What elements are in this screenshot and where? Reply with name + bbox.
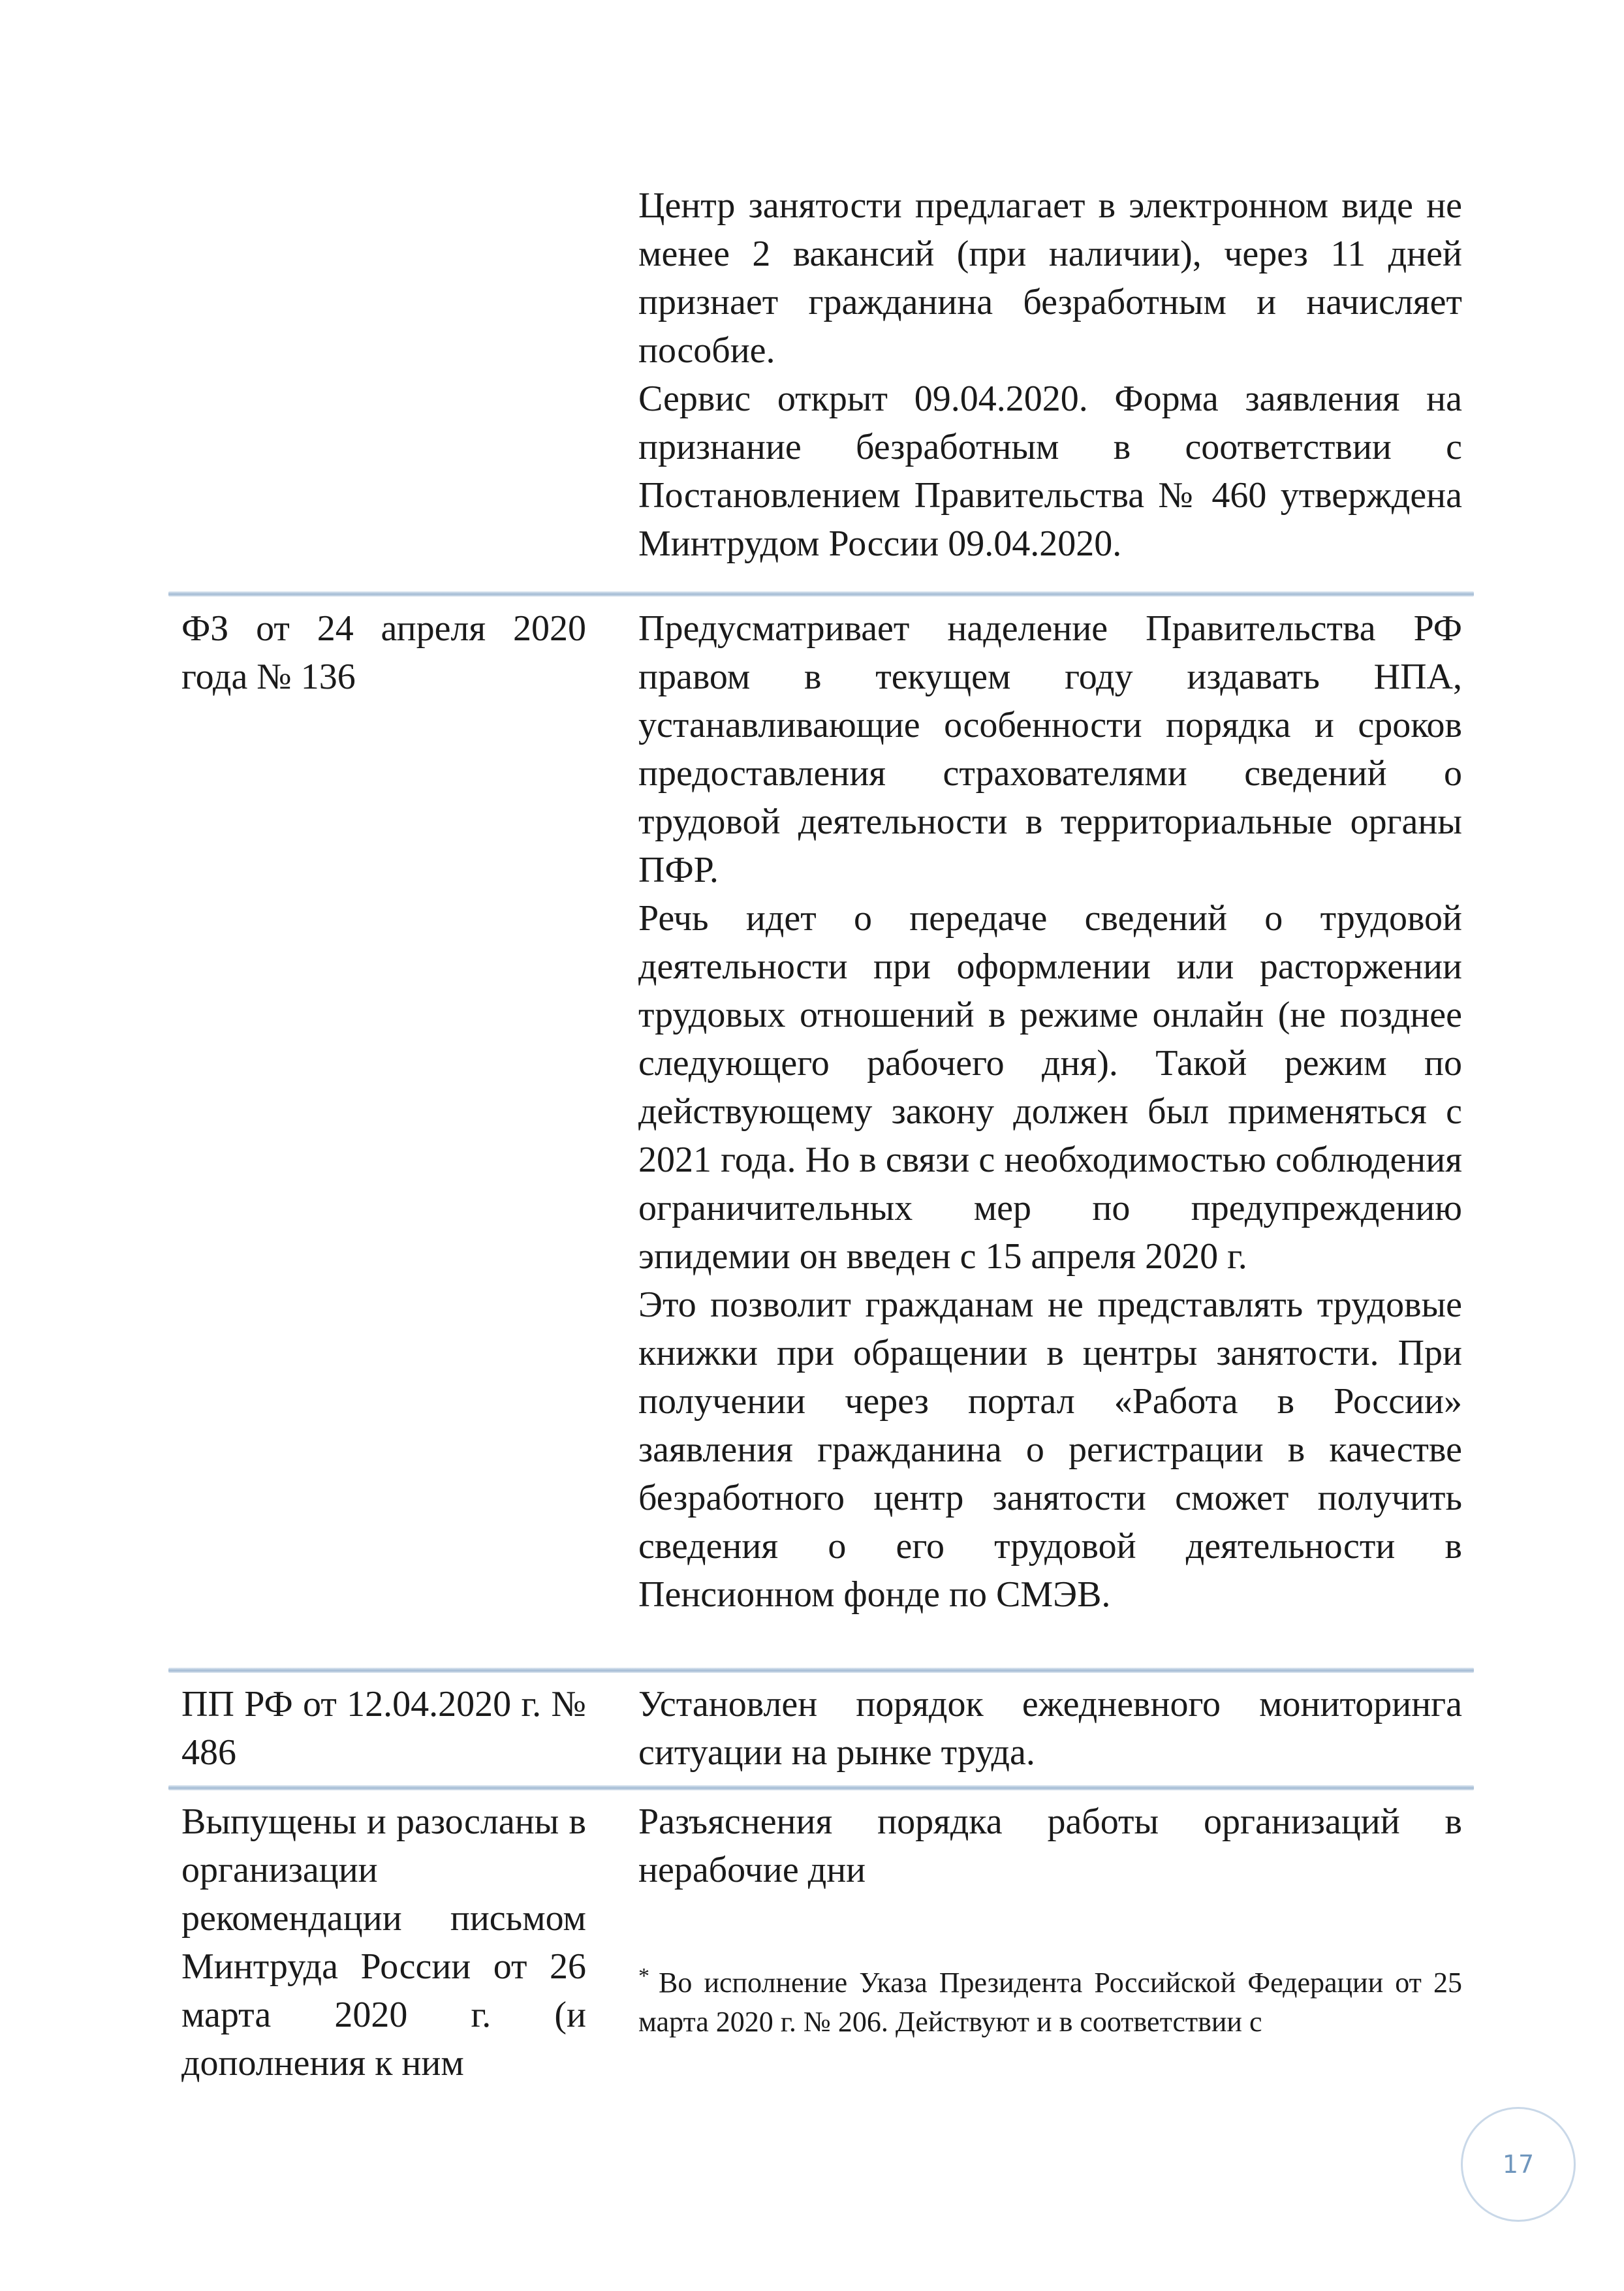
row-1-description: Центр занятости предлагает в электронном…: [638, 181, 1462, 568]
row-divider: [168, 1785, 1474, 1790]
paragraph: Речь идет о передаче сведений о трудовой…: [638, 894, 1462, 1281]
row-2-document-ref: ФЗ от 24 апреля 2020 года № 136: [181, 604, 586, 701]
row-3-document-ref: ПП РФ от 12.04.2020 г. № 486: [181, 1680, 586, 1777]
row-divider: [168, 591, 1474, 597]
paragraph: Установлен порядок ежедневного мониторин…: [638, 1680, 1462, 1777]
document-reference: ПП РФ от 12.04.2020 г. № 486: [181, 1680, 586, 1777]
document-reference: ФЗ от 24 апреля 2020 года № 136: [181, 604, 586, 701]
document-page: Центр занятости предлагает в электронном…: [0, 0, 1624, 2291]
document-reference: Выпущены и разосланы в организации реком…: [181, 1798, 586, 2087]
row-2-description: Предусматривает наделение Правительства …: [638, 604, 1462, 1619]
page-number: 17: [1503, 2150, 1534, 2179]
paragraph: Разъяснения порядка работы организаций в…: [638, 1798, 1462, 1894]
row-divider: [168, 1668, 1474, 1673]
row-3-description: Установлен порядок ежедневного мониторин…: [638, 1680, 1462, 1777]
footnote: *Во исполнение Указа Президента Российск…: [638, 1957, 1462, 2042]
paragraph: Предусматривает наделение Правительства …: [638, 604, 1462, 894]
footnote-text: Во исполнение Указа Президента Российско…: [638, 1967, 1462, 2038]
paragraph: Сервис открыт 09.04.2020. Форма заявлени…: [638, 375, 1462, 568]
paragraph: Это позволит гражданам не представлять т…: [638, 1281, 1462, 1619]
page-number-badge: 17: [1461, 2107, 1576, 2222]
footnote-marker: *: [638, 1964, 649, 1988]
row-4-document-ref: Выпущены и разосланы в организации реком…: [181, 1798, 586, 2087]
row-4-description: Разъяснения порядка работы организаций в…: [638, 1798, 1462, 1894]
paragraph: Центр занятости предлагает в электронном…: [638, 181, 1462, 375]
